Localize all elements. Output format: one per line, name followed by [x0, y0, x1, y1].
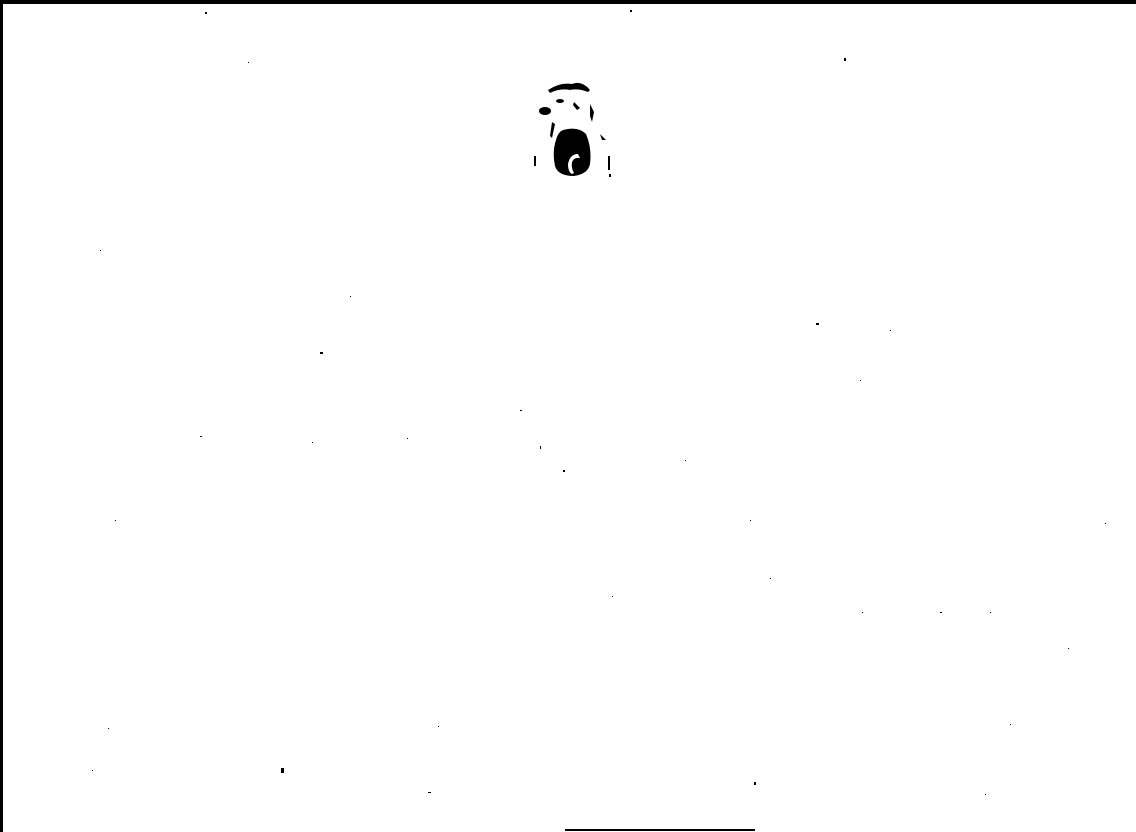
top-border	[0, 0, 1136, 4]
bottom-line-fragment	[565, 829, 755, 831]
dark-figure	[500, 60, 640, 200]
image-canvas	[0, 0, 1136, 832]
left-border	[0, 0, 3, 832]
